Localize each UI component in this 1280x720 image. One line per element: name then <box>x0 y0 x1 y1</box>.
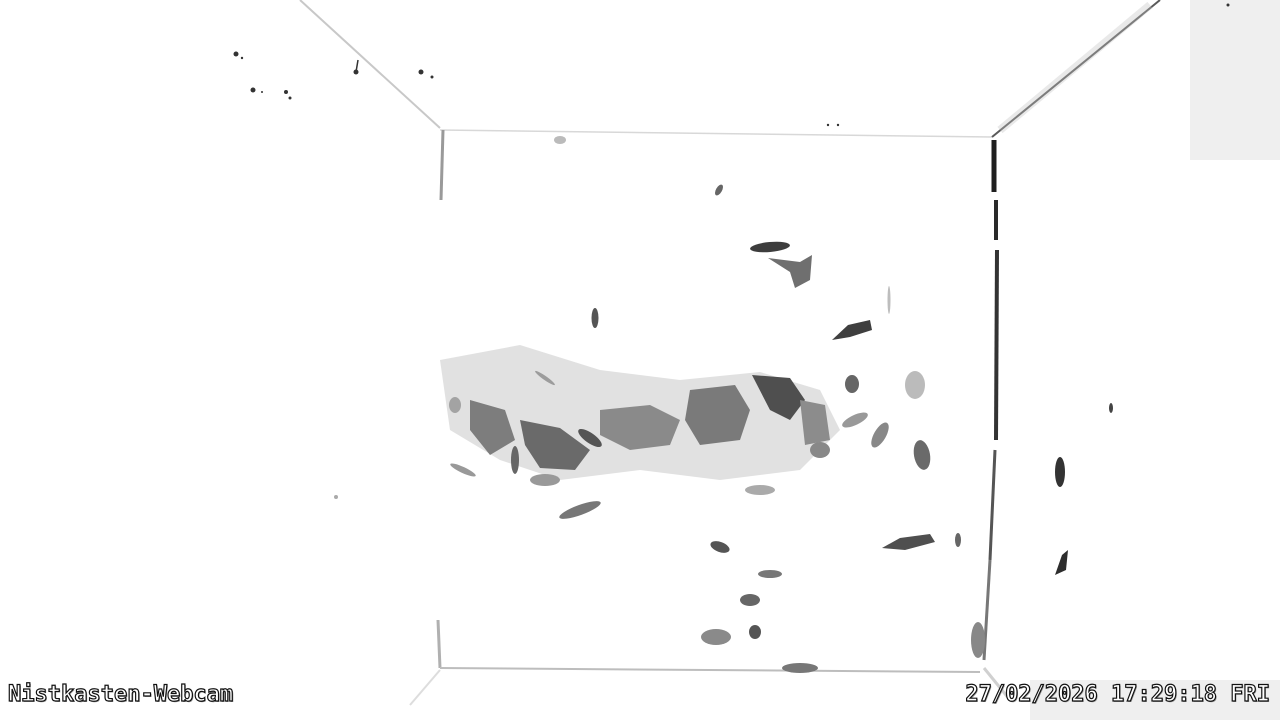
camera-title-overlay: Nistkasten-Webcam <box>8 684 233 706</box>
webcam-frame: Nistkasten-Webcam 27/02/2026 17:29:18 FR… <box>0 0 1280 720</box>
timestamp-overlay: 27/02/2026 17:29:18 FRI <box>965 684 1270 706</box>
nesting-material-cluster <box>440 345 925 495</box>
date-text: 27/02/2026 <box>965 682 1097 707</box>
nest-box-edges <box>300 0 1160 705</box>
nest-box-image <box>0 0 1280 720</box>
time-text: 17:29:18 <box>1111 682 1217 707</box>
right-wall-shading <box>1030 0 1280 720</box>
weekday-text: FRI <box>1230 682 1270 707</box>
